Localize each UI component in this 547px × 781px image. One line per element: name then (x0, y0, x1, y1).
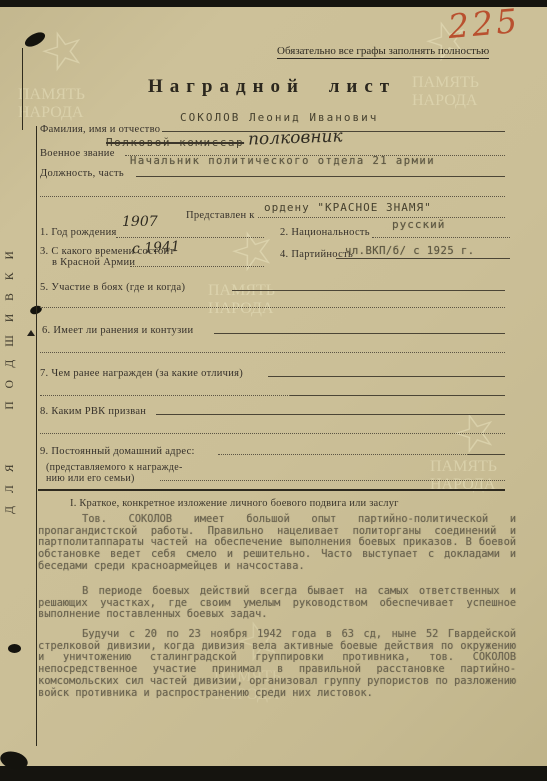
section1-title: I. Краткое, конкретное изложение личного… (70, 498, 399, 509)
page-number: 225 (446, 1, 521, 46)
ruled-line (214, 333, 505, 334)
form-border-line (22, 48, 23, 130)
position-value: Начальник политического отдела 21 армии (130, 155, 435, 167)
ruled-line (336, 258, 510, 259)
watermark-star-icon: ☆ (40, 26, 87, 78)
ruled-line (218, 454, 468, 455)
form-border-line (36, 126, 37, 746)
prior-awards-label: 7. Чем ранее награжден (за какие отличия… (40, 368, 243, 379)
ink-blot (8, 644, 21, 653)
scan-edge-bottom (0, 766, 547, 781)
ruled-line (130, 266, 264, 267)
position-label: Должность, часть (40, 168, 124, 179)
home-address-sublabel-line2: нию или его семьи) (46, 473, 135, 484)
nationality-value: русский (392, 218, 445, 231)
margin-mark (27, 330, 35, 336)
ruled-line (160, 480, 505, 481)
home-address-sublabel-line1: (представляемого к награжде- (46, 462, 183, 473)
ruled-line (116, 237, 264, 238)
rvk-label: 8. Каким РВК призван (40, 406, 146, 417)
ruled-line (468, 454, 505, 455)
ink-blot (23, 29, 48, 49)
ruled-line (40, 433, 505, 434)
watermark-text: ПАМЯТЬНАРОДА (412, 74, 479, 110)
birth-year-value: 1907 (122, 214, 158, 230)
battles-label: 5. Участие в боях (где и когда) (40, 282, 185, 293)
ruled-line (40, 352, 505, 353)
citation-paragraph: В периоде боевых действий всегда бывает … (38, 586, 516, 621)
party-value: чл.ВКП/б/ с 1925 г. (345, 245, 475, 257)
ruled-line (258, 217, 505, 218)
watermark-text: ПАМЯТЬНАРОДА (18, 86, 85, 122)
presented-value: ордену "КРАСНОЕ ЗНАМЯ" (264, 201, 432, 214)
service-since-value: с 1941 (132, 239, 181, 257)
watermark-star-icon: ☆ (452, 408, 499, 460)
rank-handwritten-value: полковник (248, 126, 343, 149)
name-value: СОКОЛОВ Леонид Иванович (180, 111, 378, 124)
watermark-star-icon: ☆ (230, 226, 277, 278)
service-since-label-line2: в Красной Армии (52, 257, 135, 268)
rank-label: Военное звание (40, 148, 115, 159)
presented-label: Представлен к (186, 210, 255, 221)
margin-filing-text: ДЛЯ ПОДШИВКИ (4, 176, 20, 576)
ruled-line (268, 376, 505, 377)
fill-instruction: Обязательно все графы заполнять полность… (277, 45, 489, 59)
watermark-text: ПАМЯТЬНАРОДА (208, 282, 275, 318)
ruled-line (156, 414, 505, 415)
nationality-label: 2. Национальность (280, 227, 370, 238)
ruled-line (40, 395, 290, 396)
name-label: Фамилия, имя и отчество (40, 124, 160, 135)
ruled-line (136, 176, 505, 177)
home-address-label: 9. Постоянный домашний адрес: (40, 446, 195, 457)
form-title: Наградной лист (148, 76, 396, 98)
rank-struck-value: Полковой комиссар (106, 136, 244, 149)
wounds-label: 6. Имеет ли ранения и контузии (42, 325, 193, 336)
birth-year-label: 1. Год рождения (40, 227, 117, 238)
ruled-line (40, 307, 505, 308)
citation-paragraph: Будучи с 20 по 23 ноября 1942 года в 63 … (38, 629, 516, 699)
citation-paragraph: Тов. СОКОЛОВ имеет большой опыт партийно… (38, 514, 516, 573)
scanned-award-sheet: ☆ ПАМЯТЬНАРОДА ☆ ПАМЯТЬНАРОДА ☆ ПАМЯТЬНА… (0, 0, 547, 781)
ruled-line (290, 395, 505, 396)
ruled-line (232, 290, 505, 291)
ruled-line (372, 237, 510, 238)
section-divider-line (38, 489, 505, 491)
ruled-line (40, 196, 505, 197)
